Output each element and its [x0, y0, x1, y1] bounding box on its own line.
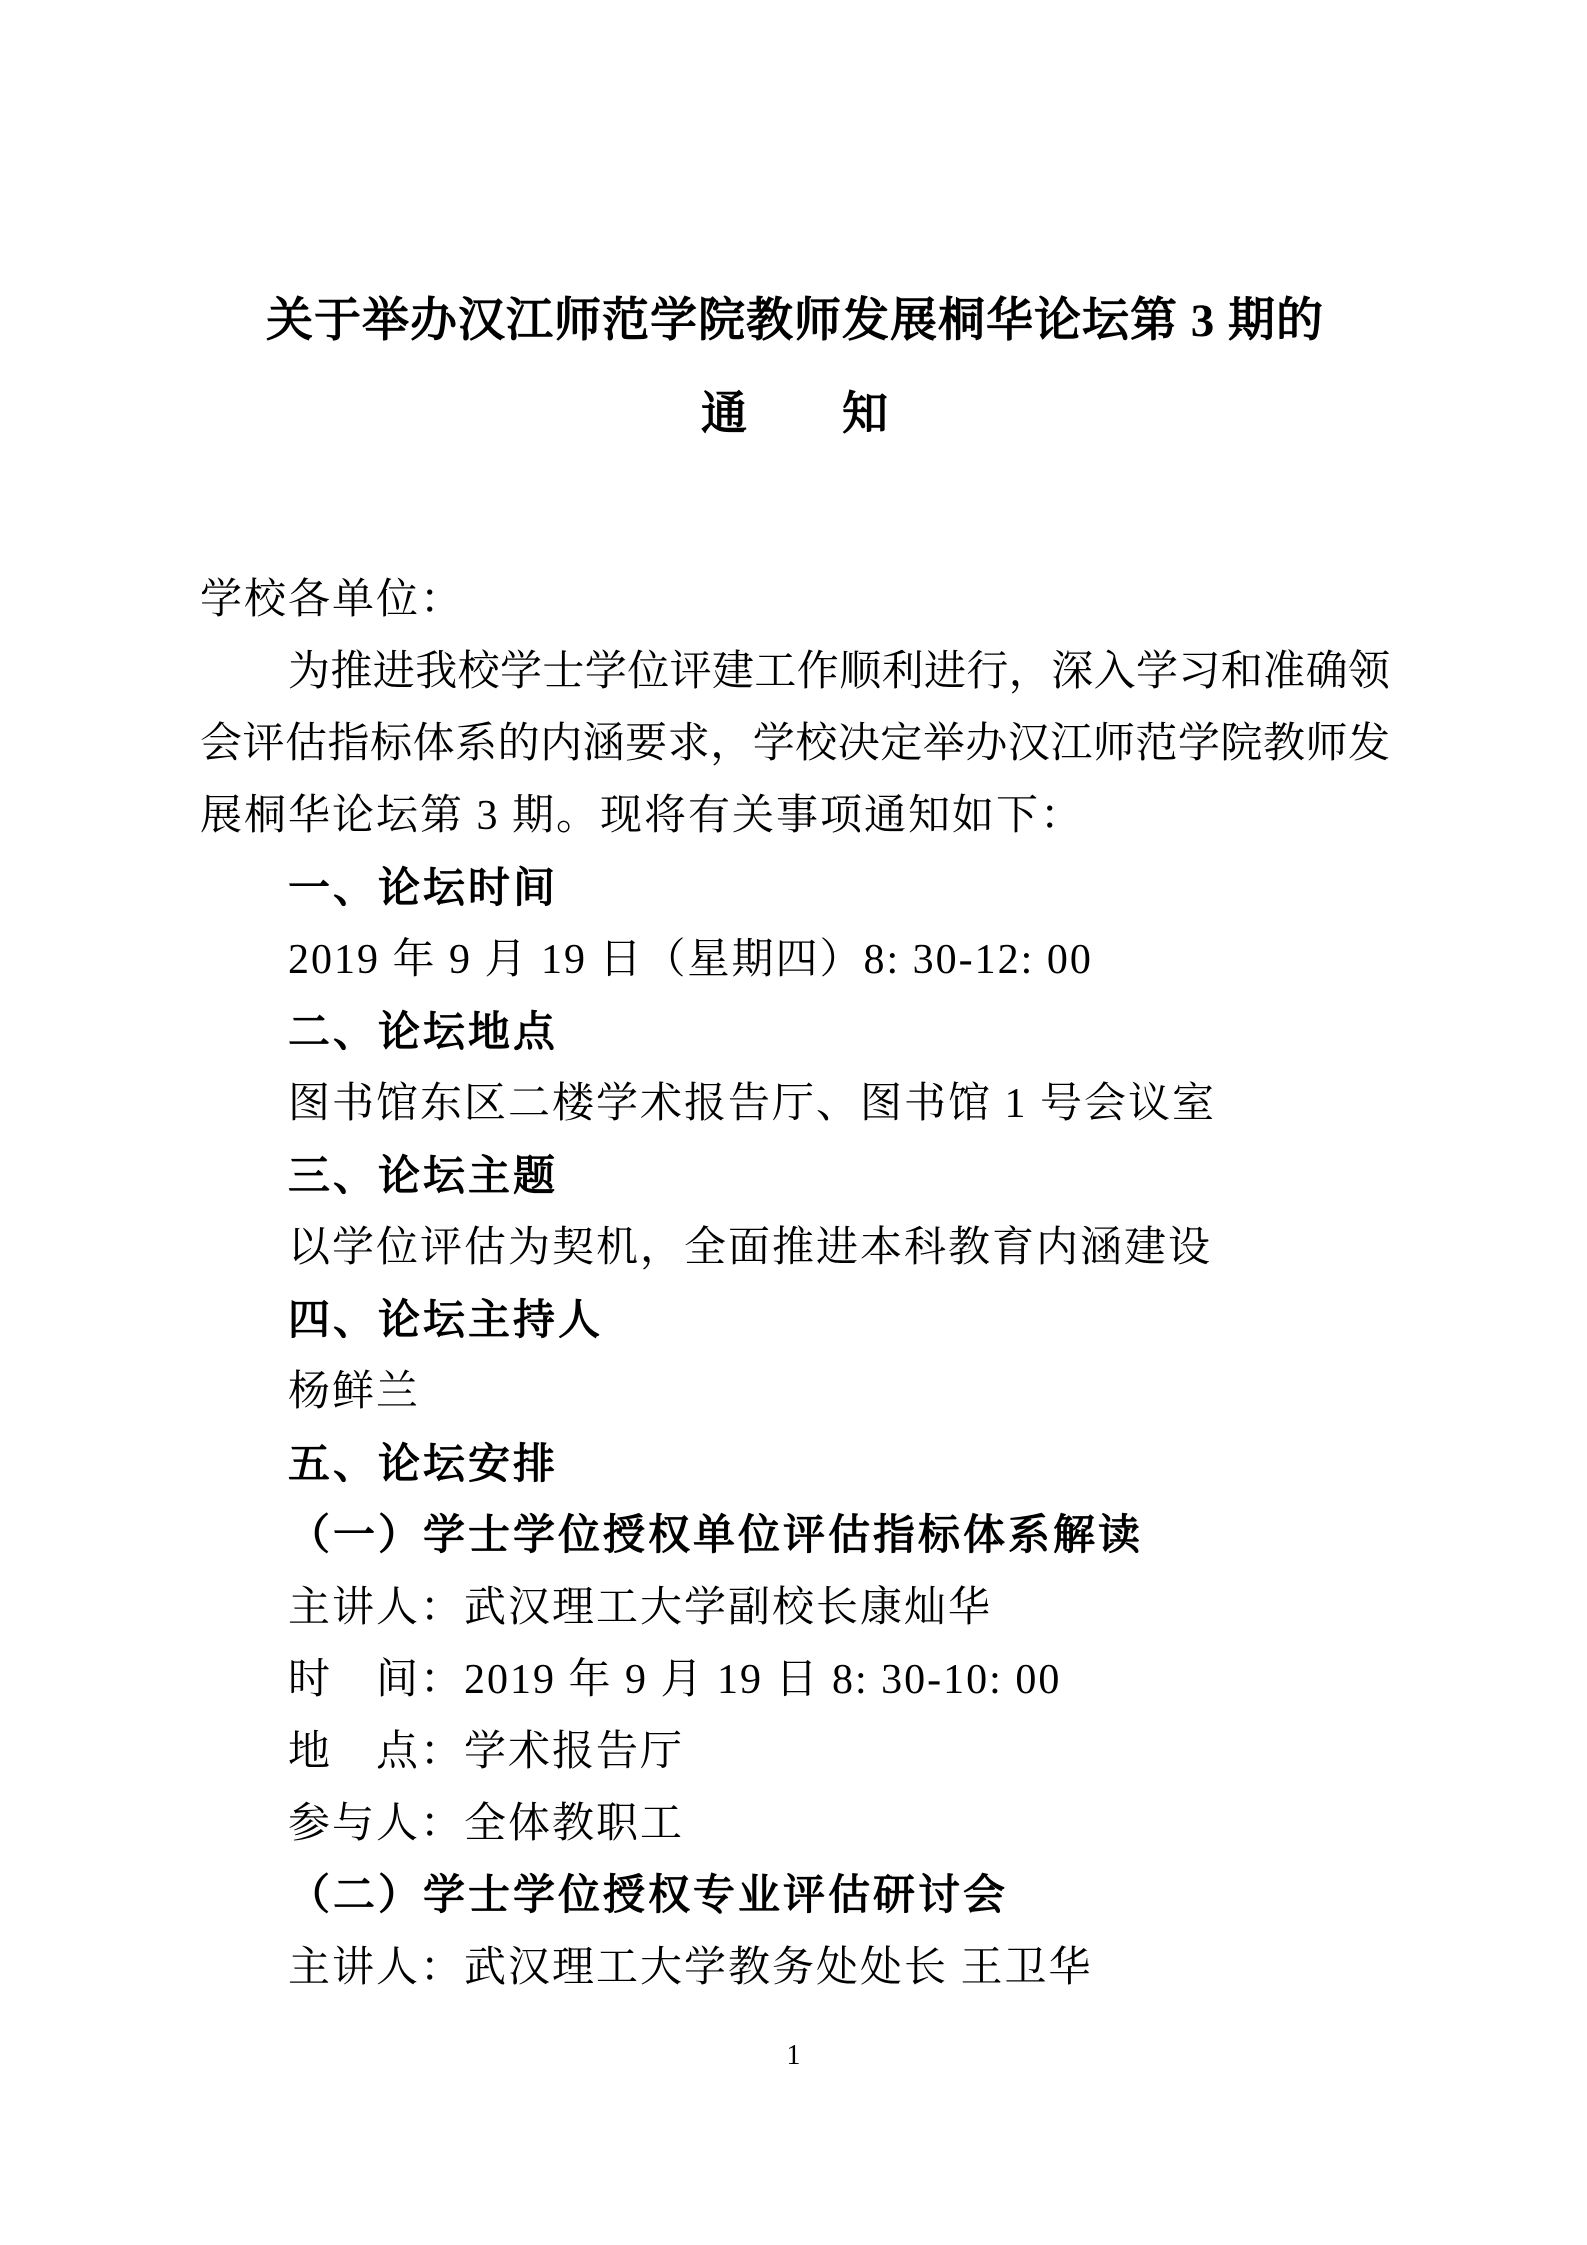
section-heading-forum-place: 二、论坛地点: [200, 996, 1390, 1068]
intro-paragraph-line2: 会评估指标体系的内涵要求，学校决定举办汉江师范学院教师发: [200, 708, 1390, 780]
agenda-2-speaker: 主讲人：武汉理工大学教务处处长 王卫华: [200, 1932, 1390, 2004]
section-body-forum-host: 杨鲜兰: [200, 1356, 1390, 1428]
salutation: 学校各单位：: [200, 564, 1390, 636]
document-body: 学校各单位： 为推进我校学士学位评建工作顺利进行，深入学习和准确领 会评估指标体…: [200, 564, 1390, 2004]
notice-document-page: 关于举办汉江师范学院教师发展桐华论坛第 3 期的 通 知 学校各单位： 为推进我…: [0, 0, 1587, 2245]
agenda-1-participants: 参与人：全体教职工: [200, 1788, 1390, 1860]
agenda-1-place: 地 点：学术报告厅: [200, 1716, 1390, 1788]
section-body-forum-theme: 以学位评估为契机，全面推进本科教育内涵建设: [200, 1212, 1390, 1284]
section-body-forum-place: 图书馆东区二楼学术报告厅、图书馆 1 号会议室: [200, 1068, 1390, 1140]
section-heading-forum-schedule: 五、论坛安排: [200, 1428, 1390, 1500]
page-number: 1: [0, 2038, 1587, 2074]
section-heading-forum-time: 一、论坛时间: [200, 852, 1390, 924]
agenda-1-speaker: 主讲人：武汉理工大学副校长康灿华: [200, 1572, 1390, 1644]
agenda-2-heading: （二）学士学位授权专业评估研讨会: [200, 1860, 1390, 1932]
section-heading-forum-theme: 三、论坛主题: [200, 1140, 1390, 1212]
document-title-line2: 通 知: [200, 386, 1390, 442]
intro-paragraph-line1: 为推进我校学士学位评建工作顺利进行，深入学习和准确领: [200, 636, 1390, 708]
section-heading-forum-host: 四、论坛主持人: [200, 1284, 1390, 1356]
agenda-1-time: 时 间：2019 年 9 月 19 日 8: 30-10: 00: [200, 1644, 1390, 1716]
agenda-1-heading: （一）学士学位授权单位评估指标体系解读: [200, 1500, 1390, 1572]
document-title-line1: 关于举办汉江师范学院教师发展桐华论坛第 3 期的: [200, 292, 1390, 350]
section-body-forum-time: 2019 年 9 月 19 日（星期四）8: 30-12: 00: [200, 924, 1390, 996]
intro-paragraph-line3: 展桐华论坛第 3 期。现将有关事项通知如下：: [200, 780, 1390, 852]
